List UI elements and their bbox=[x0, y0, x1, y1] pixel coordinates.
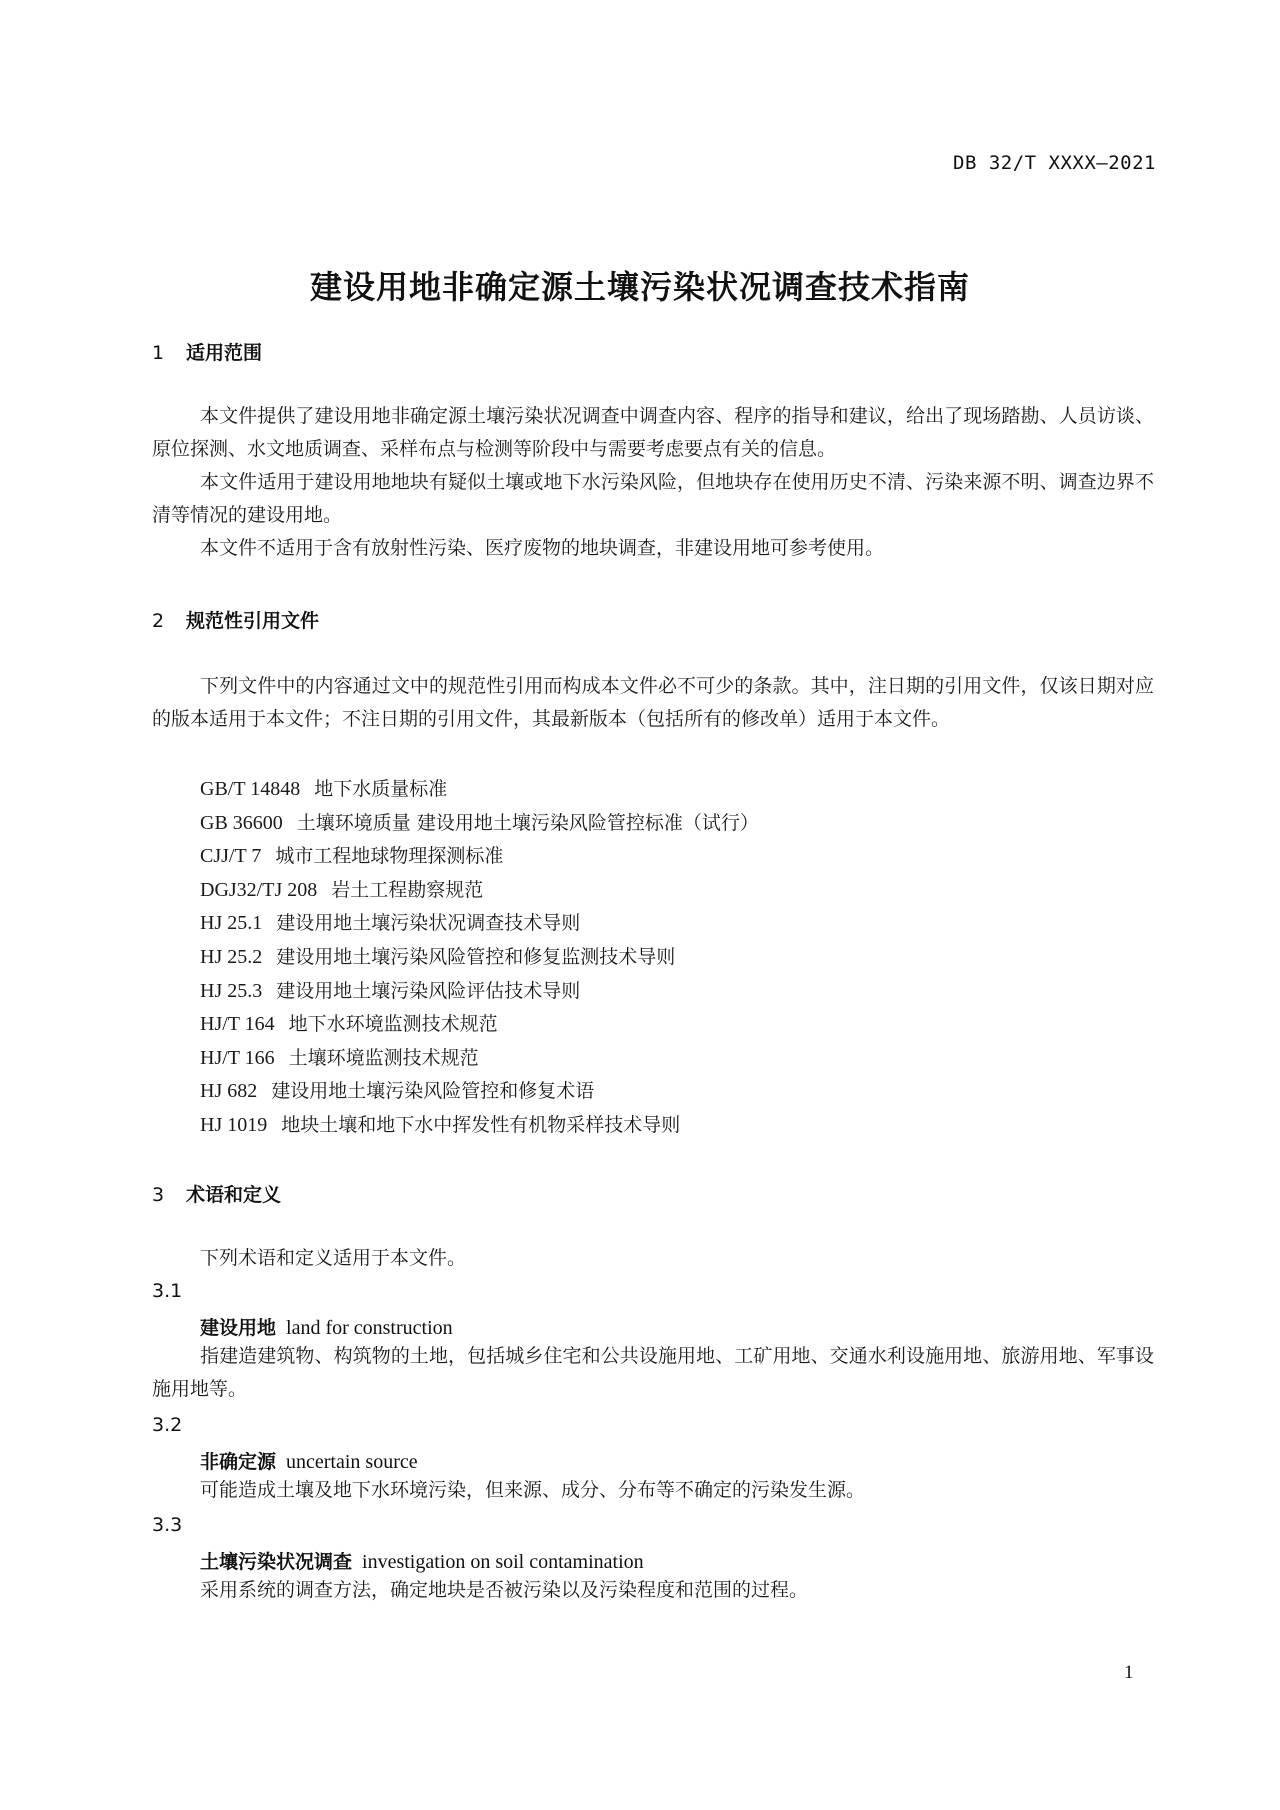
term-english: investigation on soil contamination bbox=[362, 1551, 644, 1573]
reference-title: 土壤环境质量 建设用地土壤污染风险管控标准（试行） bbox=[297, 812, 759, 834]
reference-title: 岩土工程勘察规范 bbox=[331, 879, 483, 901]
reference-code: HJ/T 166 bbox=[200, 1042, 275, 1076]
reference-code: HJ 25.2 bbox=[200, 941, 262, 975]
reference-item: HJ 25.2建设用地土壤污染风险管控和修复监测技术导则 bbox=[200, 941, 759, 975]
reference-title: 地块土壤和地下水中挥发性有机物采样技术导则 bbox=[281, 1114, 680, 1136]
page-number: 1 bbox=[1124, 1662, 1134, 1684]
term-chinese: 非确定源 bbox=[200, 1451, 276, 1473]
reference-item: GB 36600土壤环境质量 建设用地土壤污染风险管控标准（试行） bbox=[200, 807, 759, 841]
reference-item: HJ/T 164地下水环境监测技术规范 bbox=[200, 1008, 759, 1042]
reference-code: HJ 25.3 bbox=[200, 975, 262, 1009]
term-number: 3.2 bbox=[152, 1414, 182, 1436]
reference-item: HJ/T 166土壤环境监测技术规范 bbox=[200, 1042, 759, 1076]
normative-reference-list: GB/T 14848地下水质量标准 GB 36600土壤环境质量 建设用地土壤污… bbox=[200, 773, 759, 1143]
term-heading: 非确定源uncertain source bbox=[200, 1447, 418, 1474]
reference-code: HJ/T 164 bbox=[200, 1008, 275, 1042]
reference-item: DGJ32/TJ 208岩土工程勘察规范 bbox=[200, 874, 759, 908]
reference-title: 地下水质量标准 bbox=[314, 778, 447, 800]
reference-title: 建设用地土壤污染风险管控和修复监测技术导则 bbox=[276, 946, 675, 968]
reference-code: DGJ32/TJ 208 bbox=[200, 874, 317, 908]
reference-code: GB/T 14848 bbox=[200, 773, 300, 807]
term-english: land for construction bbox=[286, 1317, 453, 1339]
reference-code: HJ 682 bbox=[200, 1075, 257, 1109]
document-code: DB 32/T XXXX—2021 bbox=[953, 152, 1156, 174]
term-chinese: 土壤污染状况调查 bbox=[200, 1551, 352, 1573]
reference-code: HJ 1019 bbox=[200, 1109, 267, 1143]
term-chinese: 建设用地 bbox=[200, 1317, 276, 1339]
section-title: 术语和定义 bbox=[186, 1184, 281, 1206]
term-heading: 土壤污染状况调查investigation on soil contaminat… bbox=[200, 1547, 644, 1574]
section-number: 1 bbox=[152, 342, 186, 364]
reference-item: HJ 25.3建设用地土壤污染风险评估技术导则 bbox=[200, 975, 759, 1009]
reference-item: GB/T 14848地下水质量标准 bbox=[200, 773, 759, 807]
reference-code: HJ 25.1 bbox=[200, 907, 262, 941]
document-title: 建设用地非确定源土壤污染状况调查技术指南 bbox=[0, 262, 1280, 308]
term-definition: 指建造建筑物、构筑物的土地，包括城乡住宅和公共设施用地、工矿用地、交通水利设施用… bbox=[152, 1340, 1154, 1406]
reference-item: HJ 682建设用地土壤污染风险管控和修复术语 bbox=[200, 1075, 759, 1109]
section-1-paragraph-3: 本文件不适用于含有放射性污染、医疗废物的地块调查，非建设用地可参考使用。 bbox=[152, 532, 1154, 565]
section-3-heading: 3术语和定义 bbox=[152, 1180, 281, 1207]
document-page: DB 32/T XXXX—2021 建设用地非确定源土壤污染状况调查技术指南 1… bbox=[0, 0, 1280, 1810]
term-number: 3.1 bbox=[152, 1280, 182, 1302]
reference-title: 建设用地土壤污染风险评估技术导则 bbox=[276, 980, 580, 1002]
section-3-intro: 下列术语和定义适用于本文件。 bbox=[152, 1242, 1154, 1275]
term-heading: 建设用地land for construction bbox=[200, 1313, 453, 1340]
reference-code: CJJ/T 7 bbox=[200, 840, 261, 874]
section-title: 适用范围 bbox=[186, 342, 262, 364]
reference-title: 建设用地土壤污染状况调查技术导则 bbox=[276, 912, 580, 934]
section-1-paragraph-1: 本文件提供了建设用地非确定源土壤污染状况调查中调查内容、程序的指导和建议，给出了… bbox=[152, 400, 1154, 466]
term-definition: 可能造成土壤及地下水环境污染，但来源、成分、分布等不确定的污染发生源。 bbox=[152, 1474, 1154, 1507]
section-1-heading: 1适用范围 bbox=[152, 338, 262, 365]
term-english: uncertain source bbox=[286, 1451, 418, 1473]
term-definition: 采用系统的调查方法，确定地块是否被污染以及污染程度和范围的过程。 bbox=[152, 1574, 1154, 1607]
section-number: 2 bbox=[152, 610, 186, 632]
section-2-paragraph-1: 下列文件中的内容通过文中的规范性引用而构成本文件必不可少的条款。其中，注日期的引… bbox=[152, 670, 1154, 736]
section-1-paragraph-2: 本文件适用于建设用地地块有疑似土壤或地下水污染风险，但地块存在使用历史不清、污染… bbox=[152, 466, 1154, 532]
reference-code: GB 36600 bbox=[200, 807, 283, 841]
reference-title: 土壤环境监测技术规范 bbox=[289, 1047, 479, 1069]
reference-title: 城市工程地球物理探测标准 bbox=[275, 845, 503, 867]
reference-title: 建设用地土壤污染风险管控和修复术语 bbox=[271, 1080, 594, 1102]
term-number: 3.3 bbox=[152, 1514, 182, 1536]
reference-item: HJ 25.1建设用地土壤污染状况调查技术导则 bbox=[200, 907, 759, 941]
section-number: 3 bbox=[152, 1184, 186, 1206]
section-2-heading: 2规范性引用文件 bbox=[152, 606, 319, 633]
reference-item: CJJ/T 7城市工程地球物理探测标准 bbox=[200, 840, 759, 874]
reference-item: HJ 1019地块土壤和地下水中挥发性有机物采样技术导则 bbox=[200, 1109, 759, 1143]
section-title: 规范性引用文件 bbox=[186, 610, 319, 632]
reference-title: 地下水环境监测技术规范 bbox=[289, 1013, 498, 1035]
